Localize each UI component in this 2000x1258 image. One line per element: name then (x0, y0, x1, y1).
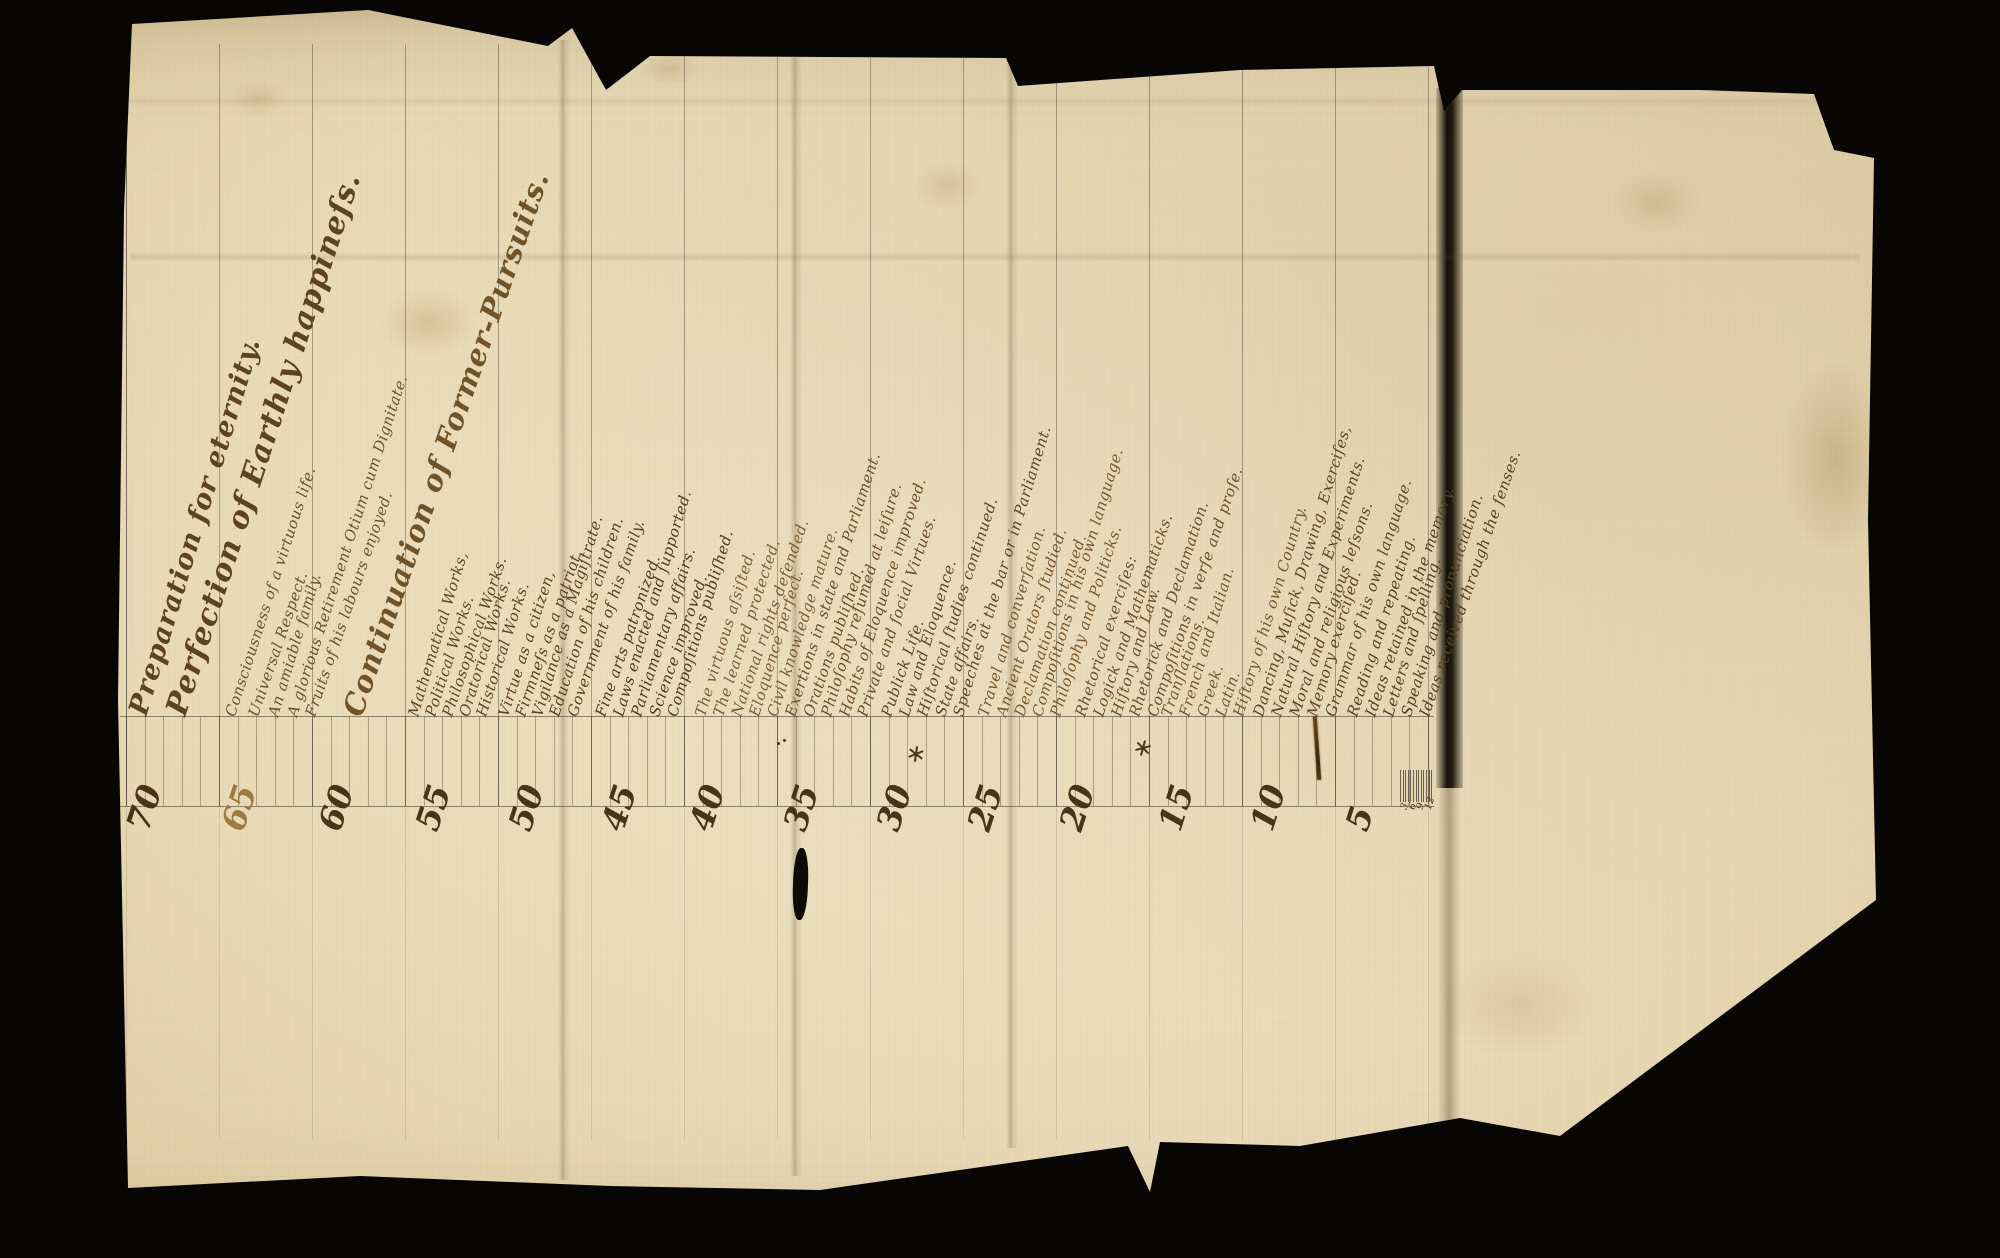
month-tick (1410, 770, 1411, 802)
year-tick (1056, 716, 1057, 806)
age-gridline-extension (1242, 806, 1243, 1140)
age-label: 20 (1051, 780, 1102, 836)
year-tick (1112, 716, 1113, 806)
horizontal-crease (130, 96, 1860, 106)
ink-dot (783, 739, 786, 742)
year-tick (870, 716, 871, 806)
stain (230, 78, 286, 118)
stain (1612, 170, 1702, 234)
asterisk-mark (907, 745, 925, 763)
month-tick (1403, 770, 1404, 802)
year-tick (182, 716, 183, 806)
year-tick (851, 716, 852, 806)
paper-tear (792, 848, 810, 920)
year-tick (1019, 716, 1020, 806)
age-gridline-extension (1149, 806, 1150, 1140)
month-tick (1421, 770, 1422, 802)
age-gridline (591, 44, 592, 806)
year-tick (591, 716, 592, 806)
year-tick (833, 716, 834, 806)
age-gridline-extension (126, 806, 127, 1140)
year-tick (647, 716, 648, 806)
age-label: 45 (593, 780, 644, 836)
year-tick (312, 716, 313, 806)
year-tick (405, 716, 406, 806)
year-tick (1354, 716, 1355, 806)
year-tick (219, 716, 220, 806)
year-tick (461, 716, 462, 806)
age-label: 35 (775, 780, 826, 836)
age-gridline-extension (498, 806, 499, 1140)
year-tick (275, 716, 276, 806)
year-tick (684, 716, 685, 806)
age-label: 25 (959, 780, 1010, 836)
age-gridline (126, 44, 127, 806)
heavy-ink-stroke-mark (1313, 716, 1321, 780)
year-tick (126, 716, 127, 806)
year-tick (293, 716, 294, 806)
age-gridline-extension (1335, 806, 1336, 1140)
parchment-page: Preparation for eternity.Perfection of E… (0, 0, 2000, 1258)
year-tick (1372, 716, 1373, 806)
year-tick (200, 716, 201, 806)
age-label: 15 (1150, 780, 1201, 836)
age-label: 30 (868, 780, 919, 836)
year-tick (963, 716, 964, 806)
year-tick (665, 716, 666, 806)
age-gridline-extension (870, 806, 871, 1140)
age-gridline-extension (777, 806, 778, 1140)
year-tick (572, 716, 573, 806)
year-tick (758, 716, 759, 806)
year-tick (498, 716, 499, 806)
age-gridline-extension (591, 806, 592, 1140)
age-label: 60 (310, 780, 361, 836)
year-tick (386, 716, 387, 806)
age-gridline-extension (963, 806, 964, 1140)
manuscript-photo: Preparation for eternity.Perfection of E… (0, 0, 2000, 1258)
year-tick (1223, 716, 1224, 806)
month-tick (1413, 770, 1414, 802)
age-gridline-extension (219, 806, 220, 1140)
stain (1780, 360, 1890, 560)
age-gridline-extension (312, 806, 313, 1140)
month-tick (1408, 770, 1409, 802)
year-tick (368, 716, 369, 806)
age-label: 50 (500, 780, 551, 836)
age-gridline-extension (1428, 806, 1429, 1140)
year-tick (1298, 716, 1299, 806)
age-gridline-extension (405, 806, 406, 1140)
year-tick (740, 716, 741, 806)
age-gridline-extension (1056, 806, 1057, 1140)
year-tick (1391, 716, 1392, 806)
month-tick (1423, 770, 1424, 802)
age-gridline (405, 44, 406, 806)
stain (912, 160, 982, 212)
year-tick (1037, 716, 1038, 806)
age-gridline-extension (684, 806, 685, 1140)
year-tick (926, 716, 927, 806)
year-tick (1335, 716, 1336, 806)
year-tick (554, 716, 555, 806)
year-tick (944, 716, 945, 806)
month-tick (1418, 770, 1419, 802)
year-tick (1205, 716, 1206, 806)
sheet-seam-shadow (1438, 788, 1460, 1148)
horizontal-crease (130, 252, 1860, 262)
year-tick (1242, 716, 1243, 806)
year-tick (1130, 716, 1131, 806)
age-label: 40 (681, 780, 732, 836)
month-tick (1400, 770, 1401, 802)
month-tick (1405, 770, 1406, 802)
year-tick (479, 716, 480, 806)
month-tick (1416, 770, 1417, 802)
ink-dot (777, 742, 780, 745)
age-label: 10 (1242, 780, 1293, 836)
year-tick (777, 716, 778, 806)
year-tick (1149, 716, 1150, 806)
stain (1440, 950, 1600, 1060)
stain (640, 52, 700, 86)
age-label: 55 (407, 780, 458, 836)
